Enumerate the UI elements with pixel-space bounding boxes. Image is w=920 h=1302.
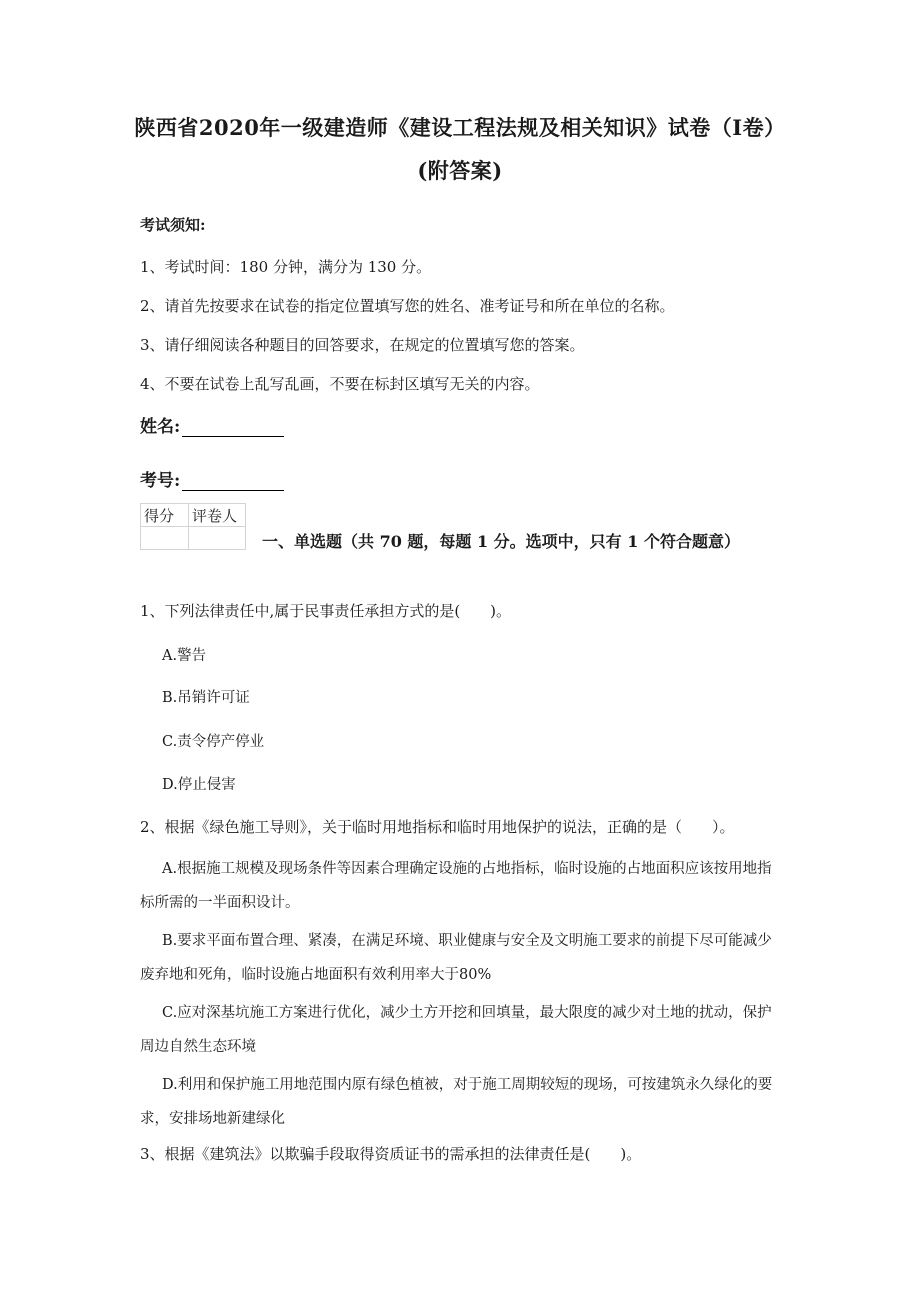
notice-item: 1、考试时间：180 分钟，满分为 130 分。 xyxy=(140,256,431,277)
exam-number-field: 考号: xyxy=(140,466,284,491)
score-cell[interactable] xyxy=(141,527,189,550)
grader-cell[interactable] xyxy=(189,527,246,550)
question-option: C.应对深基坑施工方案进行优化，减少土方开挖和回填量，最大限度的减少对土地的扰动… xyxy=(140,996,780,1064)
document-subtitle: (附答案) xyxy=(0,155,920,185)
notice-item: 2、请首先按要求在试卷的指定位置填写您的姓名、准考证号和所在单位的名称。 xyxy=(140,295,675,316)
grader-header: 评卷人 xyxy=(189,504,246,527)
question-stem: 3、根据《建筑法》以欺骗手段取得资质证书的需承担的法律责任是( )。 xyxy=(140,1143,641,1164)
section-heading: 一、单选题（共 70 题，每题 1 分。选项中，只有 1 个符合题意） xyxy=(262,529,740,552)
notice-item: 4、不要在试卷上乱写乱画，不要在标封区填写无关的内容。 xyxy=(140,373,540,394)
question-option: B.要求平面布置合理、紧凑，在满足环境、职业健康与安全及文明施工要求的前提下尽可… xyxy=(140,924,780,992)
notice-item: 3、请仔细阅读各种题目的回答要求，在规定的位置填写您的答案。 xyxy=(140,334,585,355)
document-title: 陕西省2020年一级建造师《建设工程法规及相关知识》试卷（I卷） xyxy=(0,112,920,142)
question-stem: 2、根据《绿色施工导则》，关于临时用地指标和临时用地保护的说法，正确的是（ ）。 xyxy=(140,816,735,837)
question-stem: 1、下列法律责任中,属于民事责任承担方式的是( )。 xyxy=(140,600,511,621)
name-field: 姓名: xyxy=(140,412,284,437)
question-option: D.利用和保护施工用地范围内原有绿色植被，对于施工周期较短的现场，可按建筑永久绿… xyxy=(140,1068,780,1136)
question-option: A.根据施工规模及现场条件等因素合理确定设施的占地指标，临时设施的占地面积应该按… xyxy=(140,852,780,920)
score-header: 得分 xyxy=(141,504,189,527)
question-option: A.警告 xyxy=(162,644,206,665)
name-label: 姓名: xyxy=(140,412,180,437)
notice-heading: 考试须知: xyxy=(140,214,206,235)
exam-number-input-line[interactable] xyxy=(182,472,284,491)
question-option: D.停止侵害 xyxy=(162,773,236,794)
question-option: B.吊销许可证 xyxy=(162,686,250,707)
question-option: C.责令停产停业 xyxy=(162,730,264,751)
score-table: 得分 评卷人 xyxy=(140,503,246,550)
name-input-line[interactable] xyxy=(182,418,284,437)
exam-paper-page: 陕西省2020年一级建造师《建设工程法规及相关知识》试卷（I卷） (附答案) 考… xyxy=(0,0,920,1302)
exam-number-label: 考号: xyxy=(140,466,180,491)
